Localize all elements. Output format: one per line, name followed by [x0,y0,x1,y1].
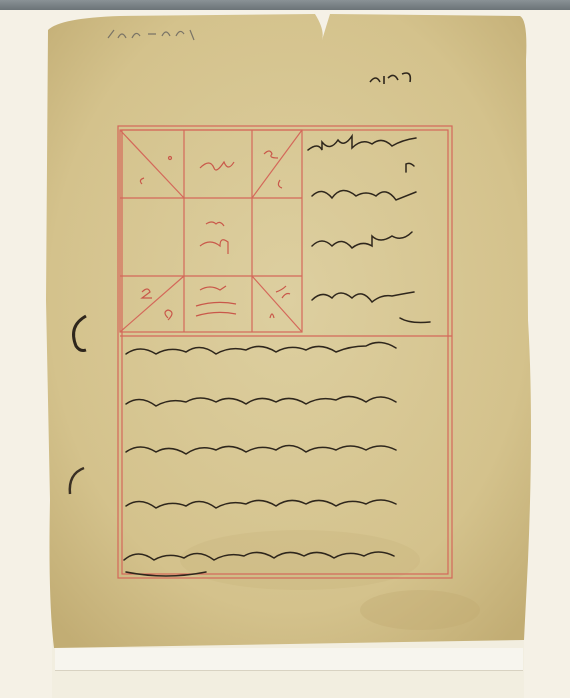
manuscript-leaf [0,0,570,698]
